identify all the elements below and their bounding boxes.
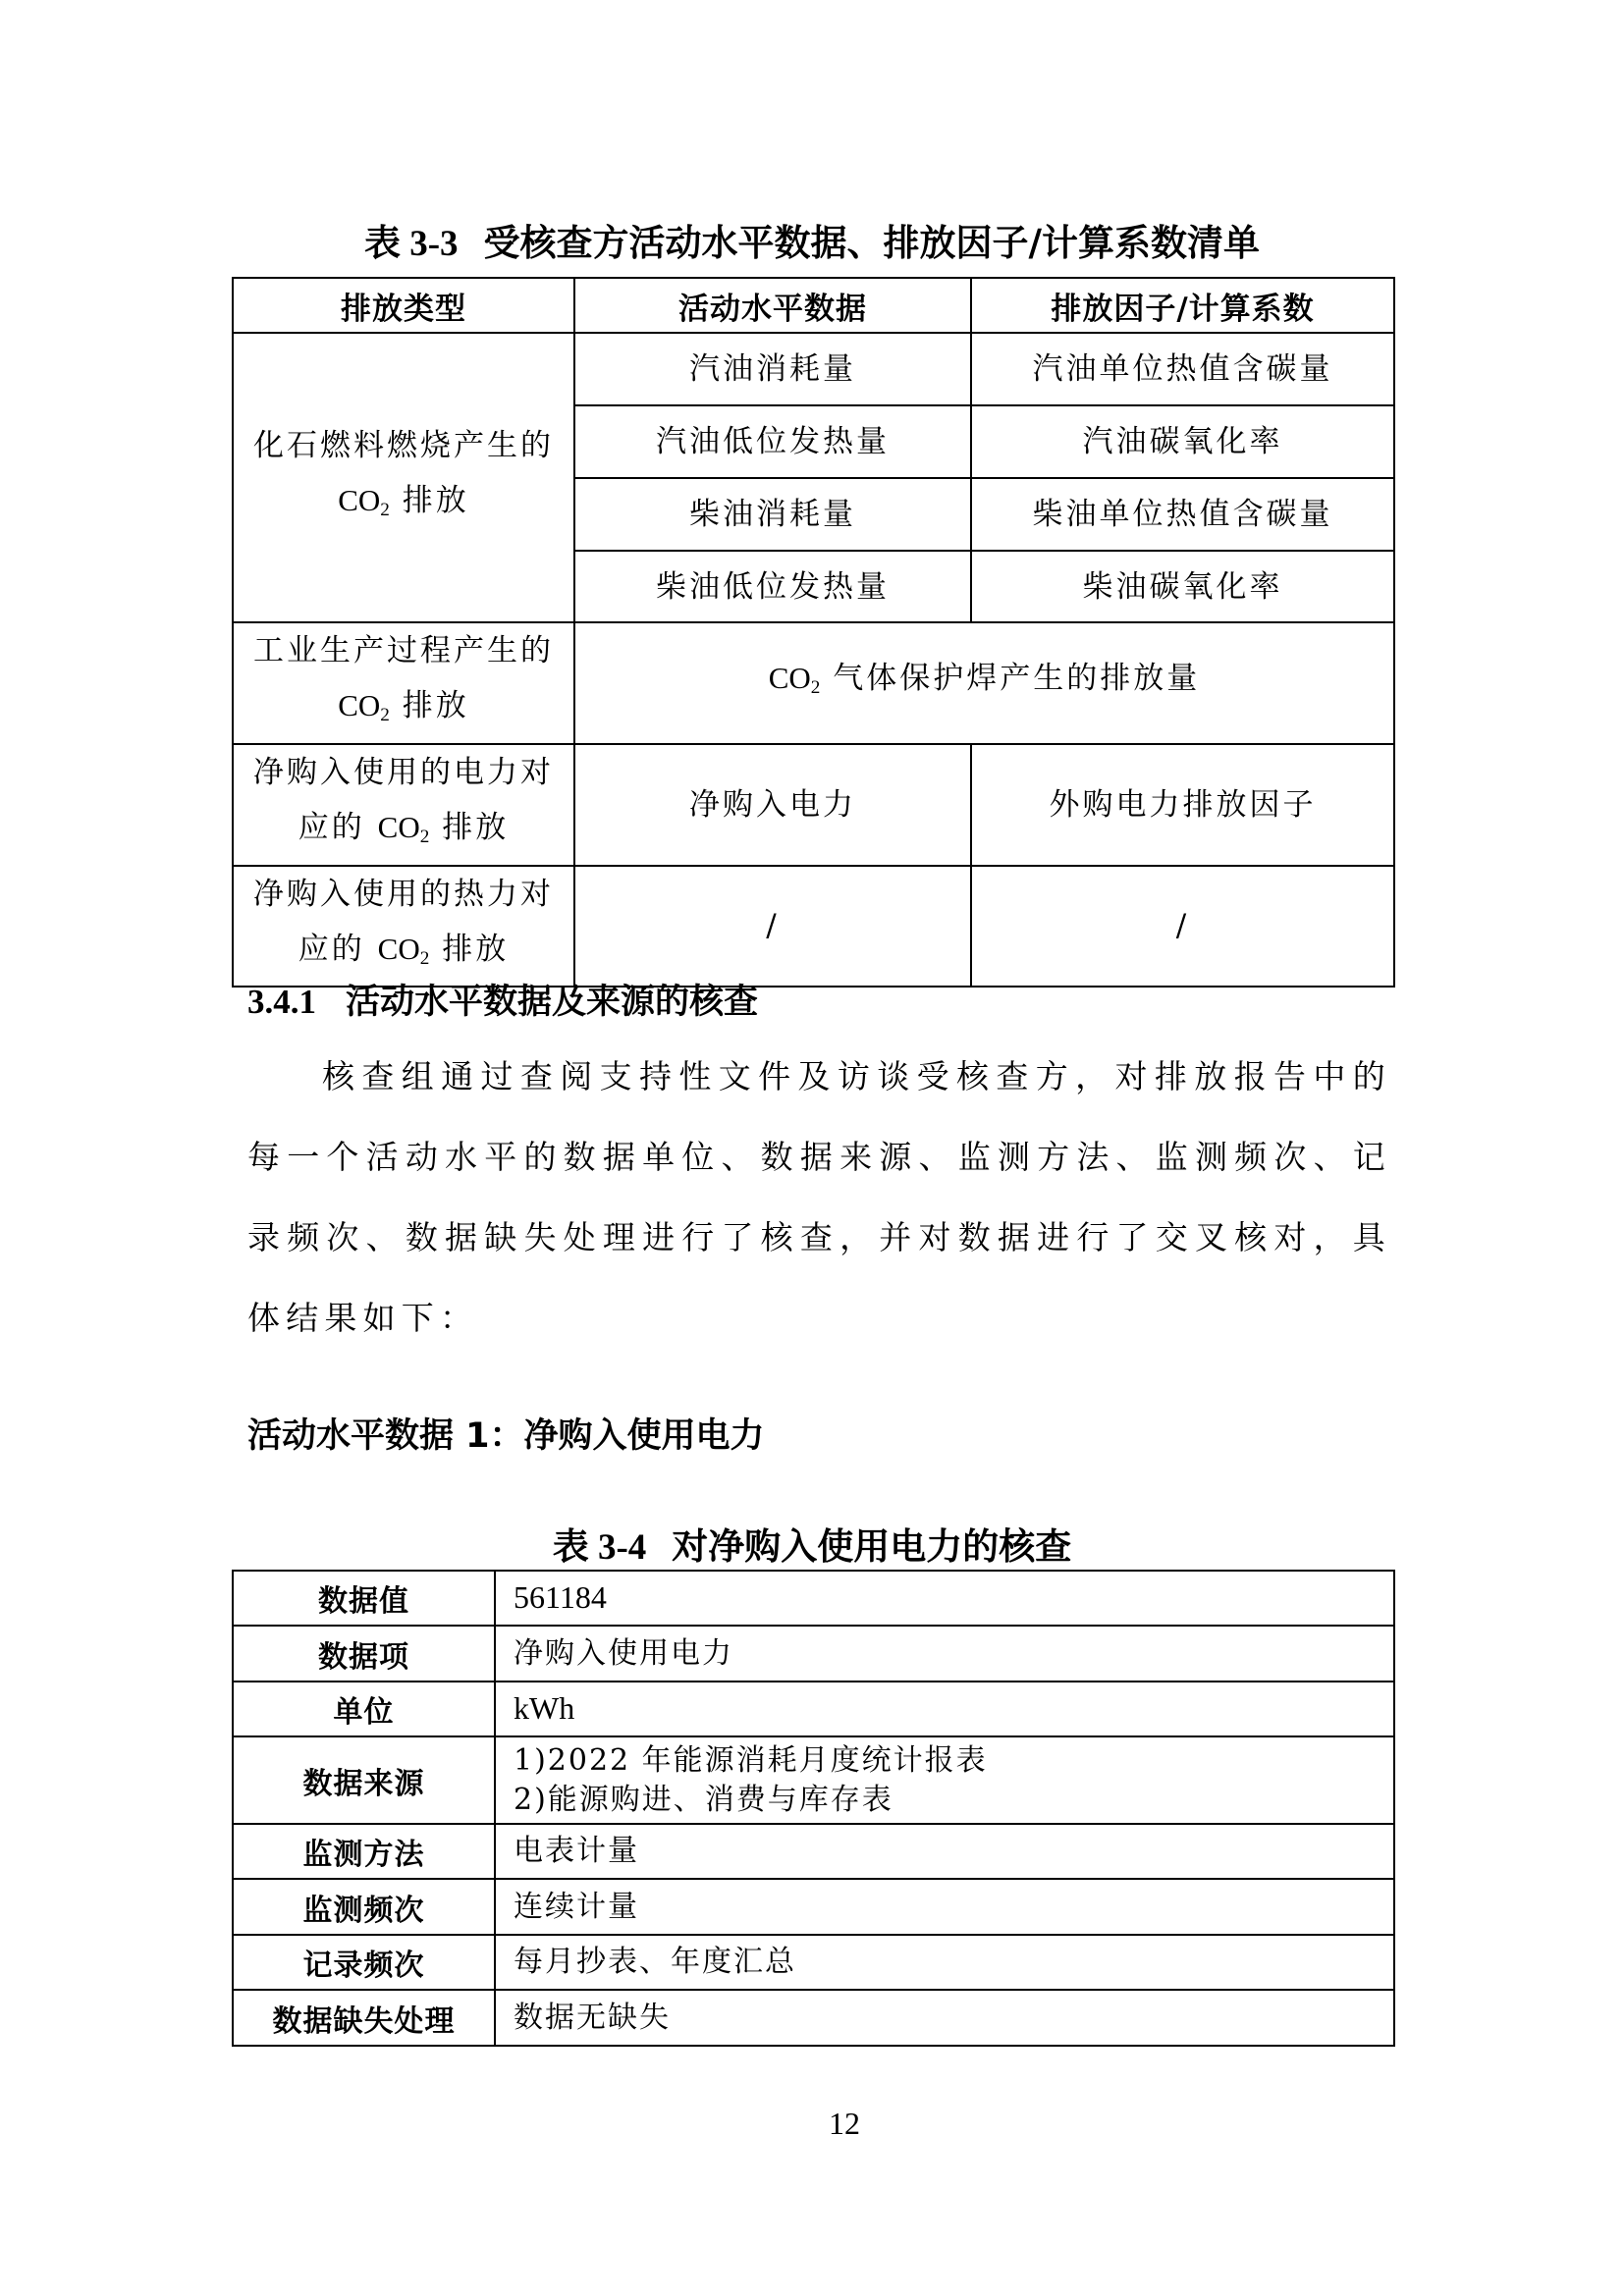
table-3-4-title: 对净购入使用电力的核查 [672, 1525, 1071, 1568]
type-line: 化石燃料燃烧产生的 [234, 418, 573, 473]
co2-text: CO [338, 688, 380, 722]
row-key: 数据缺失处理 [233, 1990, 495, 2046]
activity-cell: 柴油消耗量 [574, 478, 971, 551]
activity-cell: 净购入电力 [574, 744, 971, 866]
activity-cell: 汽油消耗量 [574, 333, 971, 405]
co2-text: CO [769, 661, 811, 695]
factor-cell: / [971, 866, 1394, 988]
type-suffix: 排放 [390, 483, 469, 518]
row-value: 561184 [495, 1571, 1394, 1626]
emission-type-industrial: 工业生产过程产生的 CO2 排放 [233, 622, 574, 744]
subscript: 2 [811, 677, 821, 698]
table-3-3-title: 受核查方活动水平数据、排放因子/计算系数清单 [484, 222, 1261, 264]
table-row: 记录频次 每月抄表、年度汇总 [233, 1935, 1394, 1990]
type-suffix: 排放 [429, 810, 509, 845]
co2-text: CO [338, 483, 380, 517]
table-row: 净购入使用的热力对 应的 CO2 排放 / / [233, 866, 1394, 988]
row-value: kWh [495, 1682, 1394, 1736]
value-text: 561184 [514, 1579, 607, 1615]
table-3-3-caption: 表 3-3受核查方活动水平数据、排放因子/计算系数清单 [0, 213, 1624, 266]
table-row: 单位 kWh [233, 1682, 1394, 1736]
factor-cell: 汽油单位热值含碳量 [971, 333, 1394, 405]
row-value: 每月抄表、年度汇总 [495, 1935, 1394, 1990]
row-value: 数据无缺失 [495, 1990, 1394, 2046]
emission-types-table: 排放类型 活动水平数据 排放因子/计算系数 化石燃料燃烧产生的 CO2 排放 汽… [232, 277, 1395, 988]
factor-cell: 外购电力排放因子 [971, 744, 1394, 866]
activity-cell: / [574, 866, 971, 988]
value-line: 2)能源购进、消费与库存表 [514, 1781, 1393, 1820]
emission-type-fossil-fuel: 化石燃料燃烧产生的 CO2 排放 [233, 333, 574, 622]
emission-type-heat: 净购入使用的热力对 应的 CO2 排放 [233, 866, 574, 988]
co2-text: CO [378, 932, 420, 966]
section-title: 活动水平数据及来源的核查 [346, 983, 758, 1022]
activity-data-subheading: 活动水平数据 1：净购入使用电力 [247, 1409, 765, 1458]
type-line: 工业生产过程产生的 [234, 623, 573, 678]
table-row: 数据缺失处理 数据无缺失 [233, 1990, 1394, 2046]
subscript: 2 [420, 947, 430, 968]
table-row: 监测频次 连续计量 [233, 1879, 1394, 1935]
subscript: 2 [380, 499, 390, 519]
section-heading: 3.4.1活动水平数据及来源的核查 [247, 975, 758, 1024]
header-activity-data: 活动水平数据 [574, 278, 971, 333]
type-line: CO2 排放 [234, 473, 573, 538]
factor-cell: 柴油单位热值含碳量 [971, 478, 1394, 551]
electricity-verification-table: 数据值 561184 数据项 净购入使用电力 单位 kWh 数据来源 1)202… [232, 1570, 1395, 2047]
activity-cell: 汽油低位发热量 [574, 405, 971, 478]
type-line: 净购入使用的电力对 [234, 745, 573, 800]
co2-text: CO [378, 810, 420, 844]
table-row: 净购入使用的电力对 应的 CO2 排放 净购入电力 外购电力排放因子 [233, 744, 1394, 866]
row-value: 1)2022 年能源消耗月度统计报表 2)能源购进、消费与库存表 [495, 1736, 1394, 1824]
type-line: 净购入使用的热力对 [234, 867, 573, 922]
row-key: 数据来源 [233, 1736, 495, 1824]
header-emission-type: 排放类型 [233, 278, 574, 333]
type-pre: 应的 [298, 932, 378, 967]
table-row: 数据值 561184 [233, 1571, 1394, 1626]
value-text: kWh [514, 1690, 574, 1726]
factor-cell: 汽油碳氧化率 [971, 405, 1394, 478]
row-key: 记录频次 [233, 1935, 495, 1990]
type-pre: 应的 [298, 810, 378, 845]
table-row: 数据项 净购入使用电力 [233, 1626, 1394, 1682]
type-suffix: 排放 [390, 688, 469, 723]
merged-text: 气体保护焊产生的排放量 [820, 661, 1200, 696]
table-row: 数据来源 1)2022 年能源消耗月度统计报表 2)能源购进、消费与库存表 [233, 1736, 1394, 1824]
table-3-4-number: 表 3-4 [553, 1527, 647, 1568]
table-row: 工业生产过程产生的 CO2 排放 CO2 气体保护焊产生的排放量 [233, 622, 1394, 744]
activity-cell: 柴油低位发热量 [574, 551, 971, 622]
factor-cell: 柴油碳氧化率 [971, 551, 1394, 622]
page-number: 12 [0, 2106, 1624, 2142]
table-3-4-caption: 表 3-4对净购入使用电力的核查 [0, 1517, 1624, 1570]
type-suffix: 排放 [429, 932, 509, 967]
body-paragraph: 核查组通过查阅支持性文件及访谈受核查方，对排放报告中的每一个活动水平的数据单位、… [247, 1037, 1391, 1359]
row-key: 监测方法 [233, 1824, 495, 1879]
row-key: 监测频次 [233, 1879, 495, 1935]
row-key: 数据值 [233, 1571, 495, 1626]
row-key: 单位 [233, 1682, 495, 1736]
type-line: 应的 CO2 排放 [234, 800, 573, 865]
row-value: 连续计量 [495, 1879, 1394, 1935]
subscript: 2 [380, 705, 390, 725]
table-row: 化石燃料燃烧产生的 CO2 排放 汽油消耗量 汽油单位热值含碳量 [233, 333, 1394, 405]
row-value: 电表计量 [495, 1824, 1394, 1879]
row-value: 净购入使用电力 [495, 1626, 1394, 1682]
merged-activity-cell: CO2 气体保护焊产生的排放量 [574, 622, 1394, 744]
table-row: 监测方法 电表计量 [233, 1824, 1394, 1879]
header-emission-factor: 排放因子/计算系数 [971, 278, 1394, 333]
type-line: CO2 排放 [234, 678, 573, 743]
emission-type-electricity: 净购入使用的电力对 应的 CO2 排放 [233, 744, 574, 866]
subscript: 2 [420, 827, 430, 847]
section-number: 3.4.1 [247, 983, 316, 1021]
row-key: 数据项 [233, 1626, 495, 1682]
value-line: 1)2022 年能源消耗月度统计报表 [514, 1741, 1393, 1781]
table-3-3-number: 表 3-3 [364, 224, 459, 264]
table-header-row: 排放类型 活动水平数据 排放因子/计算系数 [233, 278, 1394, 333]
